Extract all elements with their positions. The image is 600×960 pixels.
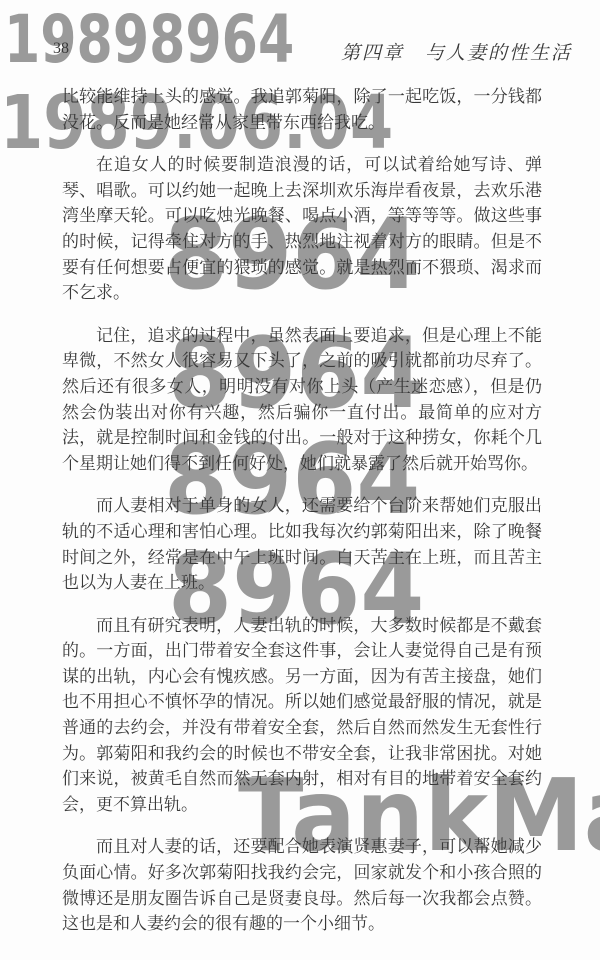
paragraph: 比较能维持上头的感觉。我追郭菊阳，除了一起吃饭，一分钱都没花。反而是她经常从家里…	[62, 84, 542, 135]
page-number: 38	[53, 40, 69, 58]
chapter-title: 第四章 与人妻的性生活	[341, 38, 572, 65]
paragraph: 而且对人妻的话，还要配合她表演贤惠妻子，可以帮她减少负面心情。好多次郭菊阳找我约…	[62, 834, 542, 936]
paragraph: 而人妻相对于单身的女人，还需要给个台阶来帮她们克服出轨的不适心理和害怕心理。比如…	[62, 493, 542, 595]
body-text: 比较能维持上头的感觉。我追郭菊阳，除了一起吃饭，一分钱都没花。反而是她经常从家里…	[62, 84, 542, 954]
paragraph: 在追女人的时候要制造浪漫的话，可以试着给她写诗、弹琴、唱歌。可以约她一起晚上去深…	[62, 152, 542, 306]
book-page: 19898964 1989.06.04 8964 8964 8964 8964 …	[0, 0, 600, 960]
paragraph: 而且有研究表明，人妻出轨的时候，大多数时候都是不戴套的。一方面，出门带着安全套这…	[62, 613, 542, 818]
paragraph: 记住，追求的过程中，虽然表面上要追求，但是心理上不能卑微，不然女人很容易又下头了…	[62, 323, 542, 477]
watermark-19898964: 19898964	[4, 7, 294, 73]
